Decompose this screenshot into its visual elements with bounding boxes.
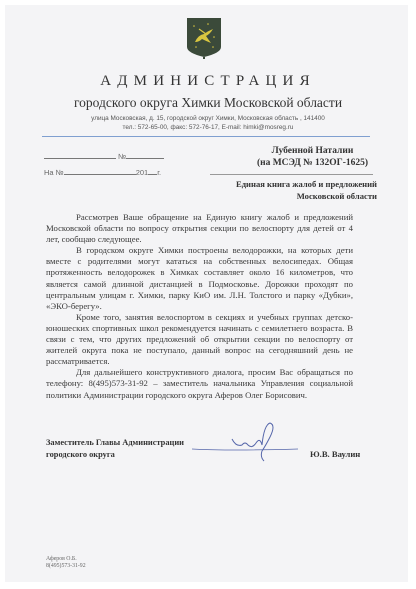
- addressee-line1: Единая книга жалоб и предложений: [200, 178, 377, 190]
- executor-info: Аферов О.Б. 8(495)573-31-92: [46, 556, 86, 570]
- recipient-reference: (на МСЭД № 132ОГ-1625): [245, 157, 380, 169]
- recipient-name: Лубенной Наталии: [245, 145, 380, 157]
- number-label: №: [118, 152, 126, 161]
- reply-to-number-field: На №201г.: [44, 166, 161, 177]
- year-label: 201: [136, 168, 149, 177]
- handwritten-signature-icon: [190, 421, 300, 463]
- address-line: улица Московская, д. 15, городской округ…: [0, 115, 416, 124]
- reply-label: На №: [44, 168, 64, 177]
- body-paragraph: Для дальнейшего конструктивного диалога,…: [46, 367, 353, 400]
- executor-name: Аферов О.Б.: [46, 556, 86, 563]
- signatory-name: Ю.В. Ваулин: [310, 449, 360, 459]
- recipient-block: Лубенной Наталии (на МСЭД № 132ОГ-1625): [245, 145, 380, 169]
- organization-subtitle: городского округа Химки Московской облас…: [0, 95, 416, 111]
- letter-body: Рассмотрев Ваше обращение на Единую книг…: [46, 212, 353, 401]
- executor-phone: 8(495)573-31-92: [46, 563, 86, 570]
- addressee-block: Единая книга жалоб и предложений Московс…: [200, 178, 377, 202]
- organization-address: улица Московская, д. 15, городской округ…: [0, 115, 416, 132]
- body-paragraph: Рассмотрев Ваше обращение на Единую книг…: [46, 212, 353, 245]
- signatory-position: Заместитель Главы Администрации городско…: [46, 437, 184, 461]
- organization-title: АДМИНИСТРАЦИЯ: [0, 73, 416, 90]
- body-paragraph: Кроме того, занятия велоспортом в секция…: [46, 312, 353, 367]
- year-suffix: г.: [157, 168, 161, 177]
- letterhead-divider: [42, 136, 370, 137]
- addressee-line2: Московской области: [200, 190, 377, 202]
- addressee-divider: [210, 174, 373, 175]
- body-paragraph: В городском округе Химки построены велод…: [46, 245, 353, 312]
- khimki-coat-of-arms-icon: [186, 17, 222, 59]
- outgoing-number-field: №: [44, 150, 164, 161]
- contact-line: тел.: 572-65-00, факс: 572-76-17, E-mail…: [0, 124, 416, 133]
